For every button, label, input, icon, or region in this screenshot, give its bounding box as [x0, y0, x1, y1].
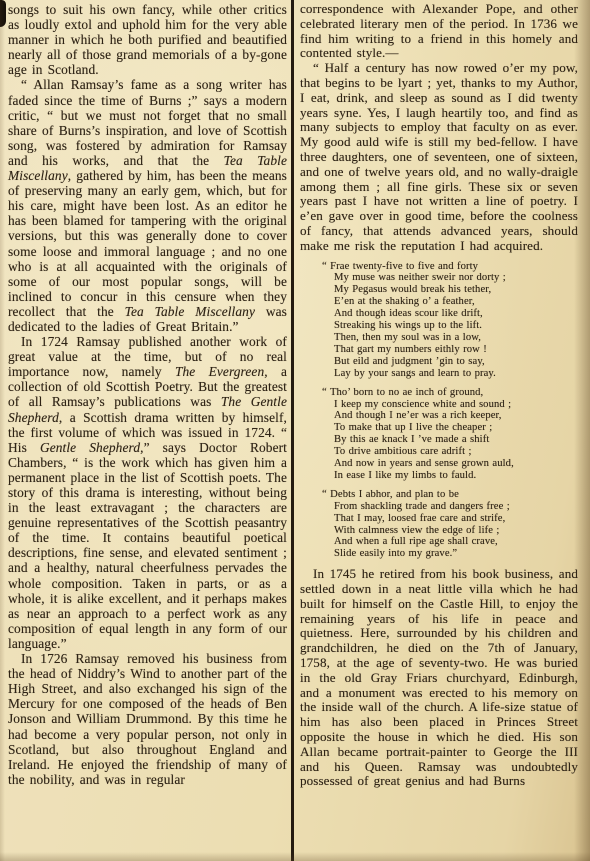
- verse-line: To make that up I live the cheaper ;: [334, 422, 578, 434]
- verse-line: To drive ambitious care adrift ;: [334, 446, 578, 458]
- verse-line: My Pegasus would break his tether,: [334, 284, 578, 296]
- text-run: In 1726 Ramsay removed his business from…: [8, 651, 287, 787]
- left-column: songs to suit his own fancy, while other…: [8, 2, 287, 787]
- work-title-italic: The Evergreen: [175, 364, 264, 379]
- verse-stanza: “ Debts I abhor, and plan to beFrom shac…: [334, 489, 578, 560]
- verse-line: And though I ne’er was a rich keeper,: [334, 410, 578, 422]
- work-title-italic: Gentle Shepherd: [40, 440, 140, 455]
- paragraph: In 1724 Ramsay published another work of…: [8, 334, 287, 651]
- page-edge-shadow-bottom: [0, 852, 590, 861]
- verse-stanza: “ Frae twenty-five to five and fortyMy m…: [334, 261, 578, 380]
- ink-blot: [0, 0, 6, 27]
- verse-line: By this ae knack I ’ve made a shift: [334, 434, 578, 446]
- verse-line: Lay by your sangs and learn to pray.: [334, 368, 578, 380]
- verse-line: And now in years and sense grown auld,: [334, 458, 578, 470]
- verse-line: Slide easily into my grave.”: [334, 548, 578, 560]
- text-run: correspondence with Alexander Pope, and …: [300, 1, 578, 60]
- paragraph: In 1745 he retired from his book busines…: [300, 567, 578, 789]
- verse-line: “ Frae twenty-five to five and forty: [334, 261, 578, 273]
- verse-line: That gart my numbers eithly row !: [334, 344, 578, 356]
- verse-line: E’en at the shaking o’ a feather,: [334, 296, 578, 308]
- verse-stanza: “ Tho’ born to no ae inch of ground,I ke…: [334, 387, 578, 482]
- column-divider: [291, 0, 294, 861]
- text-run: , gathered by him, has been the means of…: [8, 168, 287, 319]
- text-run: songs to suit his own fancy, while other…: [8, 2, 287, 77]
- verse-line: With calmness view the edge of life ;: [334, 525, 578, 537]
- verse-line: From shackling trade and dangers free ;: [334, 501, 578, 513]
- verse-line: My muse was neither sweir nor dorty ;: [334, 272, 578, 284]
- verse-line: “ Debts I abhor, and plan to be: [334, 489, 578, 501]
- book-page: songs to suit his own fancy, while other…: [0, 0, 590, 861]
- paragraph: correspondence with Alexander Pope, and …: [300, 2, 578, 61]
- right-column: correspondence with Alexander Pope, and …: [300, 2, 578, 789]
- paragraph: “ Half a century has now rowed o’er my p…: [300, 61, 578, 253]
- paragraph: “ Allan Ramsay’s fame as a song writer h…: [8, 77, 287, 334]
- verse-line: Streaking his wings up to the lift.: [334, 320, 578, 332]
- text-run: ,” says Doctor Robert Chambers, “ is the…: [8, 440, 287, 651]
- page-edge-shadow-left: [0, 0, 5, 861]
- verse-line: But eild and judgment ’gin to say,: [334, 356, 578, 368]
- verse-line: In ease I like my limbs to fauld.: [334, 470, 578, 482]
- verse-line: And when a full ripe age shall crave,: [334, 536, 578, 548]
- verse-line: I keep my conscience white and sound ;: [334, 399, 578, 411]
- verse-line: Then, then my soul was in a low,: [334, 332, 578, 344]
- text-run: “ Half a century has now rowed o’er my p…: [300, 60, 578, 253]
- paragraph: In 1726 Ramsay removed his business from…: [8, 651, 287, 787]
- text-run: In 1745 he retired from his book busines…: [300, 566, 578, 788]
- verse-line: “ Tho’ born to no ae inch of ground,: [334, 387, 578, 399]
- paragraph: songs to suit his own fancy, while other…: [8, 2, 287, 77]
- verse-line: And though ideas scour like drift,: [334, 308, 578, 320]
- work-title-italic: Tea Table Miscellany: [125, 304, 255, 319]
- verse-line: That I may, loosed frae care and strife,: [334, 513, 578, 525]
